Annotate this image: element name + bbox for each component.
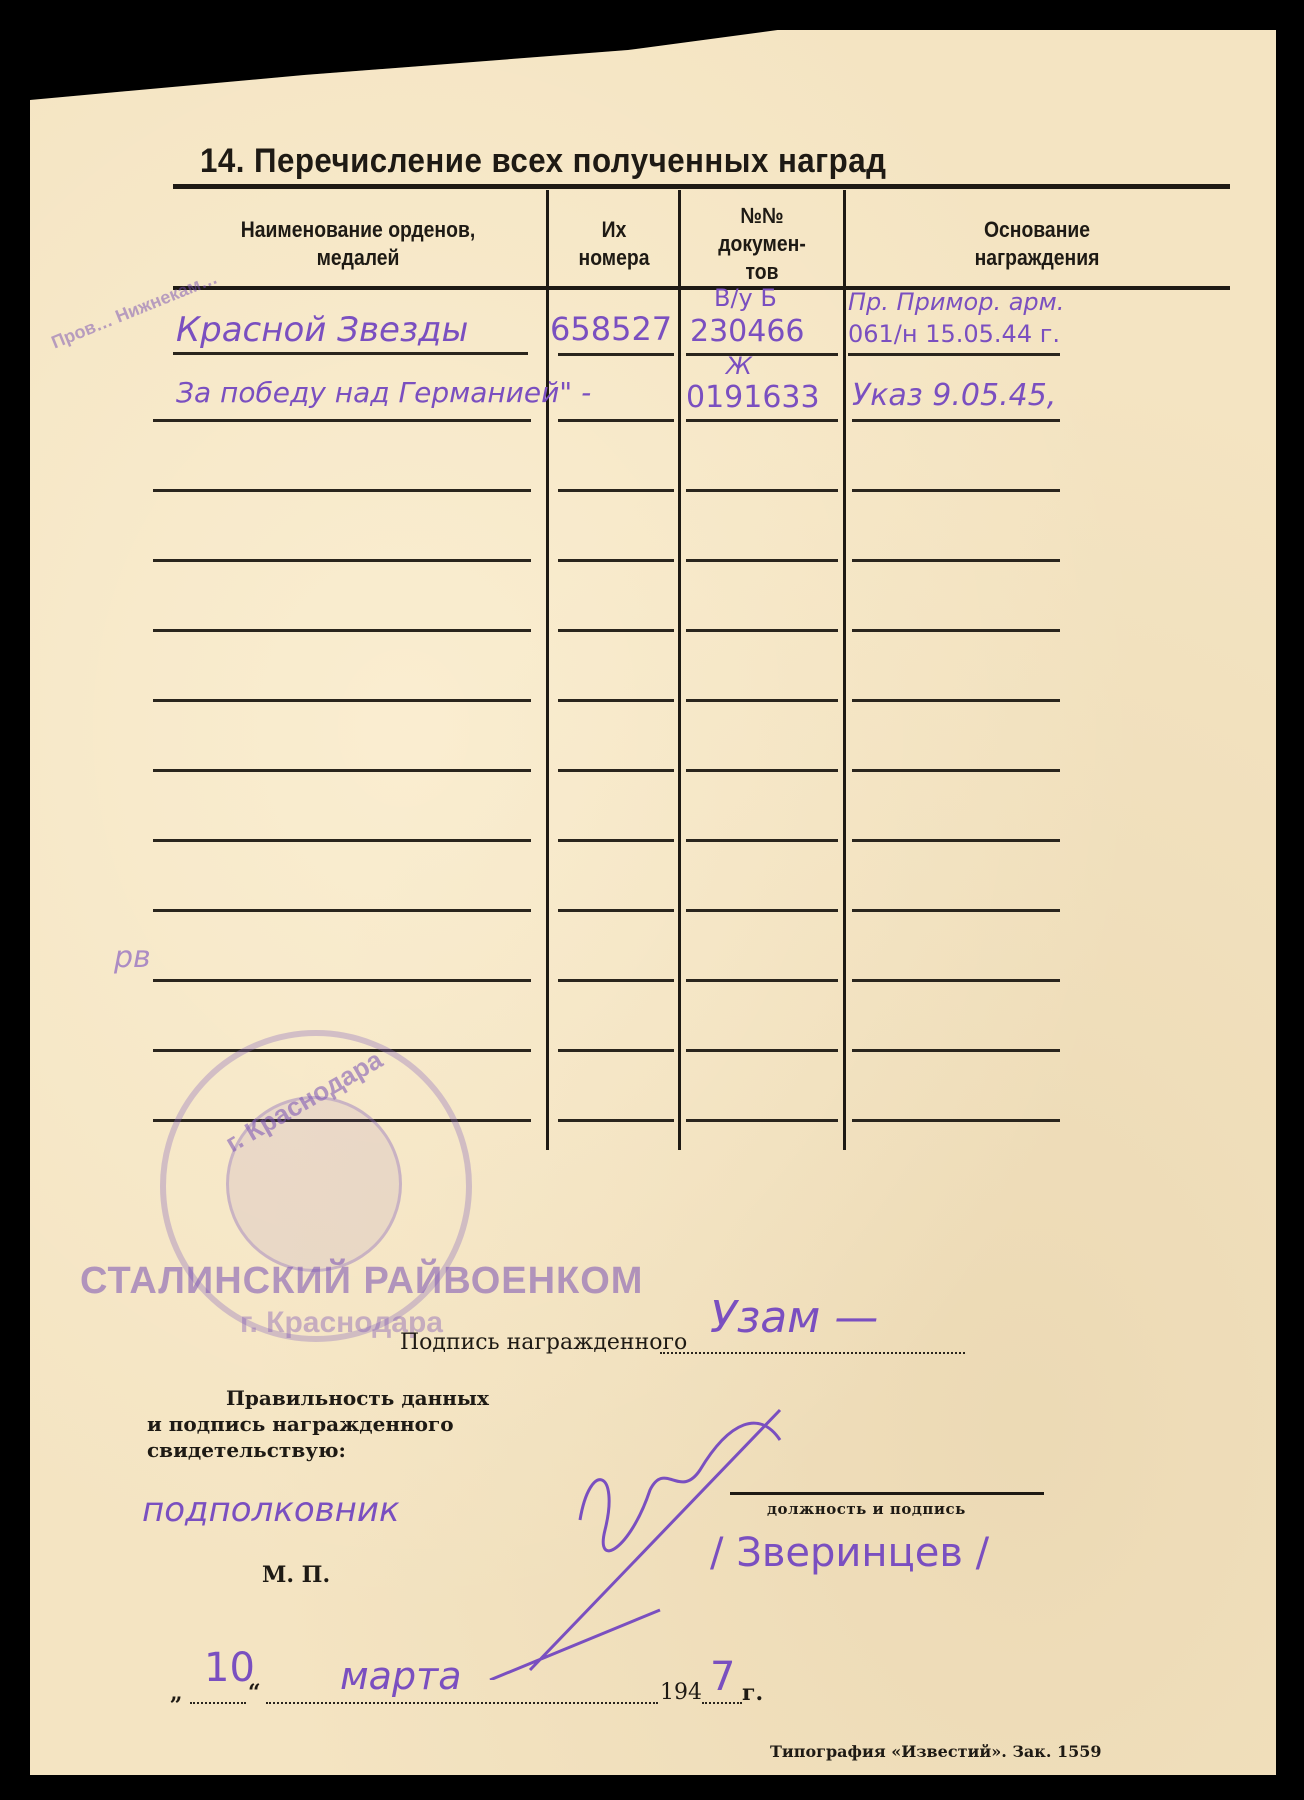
row-rule bbox=[852, 1119, 1060, 1122]
row-rule bbox=[686, 1049, 838, 1052]
header-text: медалей bbox=[195, 244, 521, 272]
row-rule bbox=[153, 699, 531, 702]
date-open-quote: „ bbox=[170, 1680, 183, 1706]
row-rule bbox=[686, 769, 838, 772]
row1-award-name: Красной Звезды bbox=[176, 310, 468, 350]
recipient-signature-line[interactable] bbox=[660, 1352, 965, 1354]
row-rule bbox=[852, 909, 1060, 912]
row-rule bbox=[852, 559, 1060, 562]
header-text: докумен- bbox=[692, 230, 833, 258]
row-rule bbox=[686, 699, 838, 702]
row-rule bbox=[558, 353, 674, 356]
row-rule bbox=[558, 629, 674, 632]
row-rule bbox=[686, 909, 838, 912]
row-rule bbox=[558, 559, 674, 562]
date-year-unit: г. bbox=[742, 1680, 763, 1706]
header-bottom-rule bbox=[173, 286, 1230, 290]
date-day-line[interactable] bbox=[190, 1702, 246, 1704]
row-rule bbox=[153, 489, 531, 492]
row-rule bbox=[153, 909, 531, 912]
date-close-quote: “ bbox=[248, 1680, 261, 1706]
row-rule bbox=[852, 769, 1060, 772]
row-rule bbox=[686, 489, 838, 492]
row-rule bbox=[153, 629, 531, 632]
row-rule bbox=[686, 1119, 838, 1122]
row2-basis-line1: Указ 9.05.45, bbox=[852, 378, 1056, 413]
row1-doc-number: 230466 bbox=[690, 314, 805, 349]
row-rule bbox=[686, 353, 838, 356]
date-month: марта bbox=[340, 1654, 462, 1698]
row2-doc-number: 0191633 bbox=[686, 380, 820, 415]
header-text: тов bbox=[692, 258, 833, 286]
column-divider-3 bbox=[843, 190, 846, 1150]
row-rule bbox=[686, 629, 838, 632]
margin-note: рв bbox=[114, 940, 151, 975]
row-rule bbox=[558, 979, 674, 982]
row-rule bbox=[852, 979, 1060, 982]
row1-award-number: 658527 bbox=[550, 310, 672, 348]
header-award-name: Наименование орденов, медалей bbox=[195, 216, 521, 272]
date-month-line[interactable] bbox=[266, 1702, 658, 1704]
rect-stamp-line1: СТАЛИНСКИЙ РАЙВОЕНКОМ bbox=[80, 1260, 643, 1303]
date-year-prefix: 194 bbox=[660, 1680, 702, 1705]
row-rule bbox=[852, 1049, 1060, 1052]
row-rule bbox=[852, 629, 1060, 632]
row-rule bbox=[852, 419, 1060, 422]
row-rule bbox=[173, 352, 528, 355]
row-rule bbox=[686, 839, 838, 842]
official-rank: подполковник bbox=[142, 1490, 400, 1530]
row-rule bbox=[686, 979, 838, 982]
certify-line2: и подпись награжденного bbox=[147, 1412, 454, 1436]
row-rule bbox=[558, 909, 674, 912]
row-rule bbox=[558, 699, 674, 702]
row-rule bbox=[558, 419, 674, 422]
row-rule bbox=[686, 419, 838, 422]
header-document-numbers: №№ докумен- тов bbox=[692, 202, 833, 286]
header-text: №№ bbox=[692, 202, 833, 230]
printer-imprint: Типография «Известий». Зак. 1559 bbox=[770, 1742, 1102, 1761]
seal-label: М. П. bbox=[262, 1562, 330, 1588]
row-rule bbox=[558, 489, 674, 492]
header-text: награждения bbox=[870, 244, 1204, 272]
row-rule bbox=[852, 489, 1060, 492]
row1-doc-prefix: В/у Б bbox=[714, 284, 777, 312]
row1-basis-line2: 061/н 15.05.44 г. bbox=[848, 320, 1060, 348]
row-rule bbox=[153, 559, 531, 562]
row-rule bbox=[558, 839, 674, 842]
row-rule bbox=[852, 839, 1060, 842]
official-signature-scribble bbox=[430, 1380, 990, 1680]
row-rule bbox=[153, 979, 531, 982]
row1-basis-line1: Пр. Примор. арм. bbox=[848, 288, 1064, 316]
section-title: 14. Перечисление всех полученных наград bbox=[200, 142, 886, 181]
header-numbers: Их номера bbox=[558, 216, 671, 272]
row-rule bbox=[558, 769, 674, 772]
row-rule bbox=[686, 559, 838, 562]
certify-line3: свидетельствую: bbox=[147, 1438, 346, 1462]
recipient-signature-label: Подпись награжденного bbox=[400, 1330, 687, 1355]
recipient-signature: Узам — bbox=[710, 1292, 878, 1343]
row-rule bbox=[153, 839, 531, 842]
row2-award-name: За победу над Германией" - bbox=[176, 376, 591, 409]
column-divider-2 bbox=[678, 190, 681, 1150]
table-top-rule bbox=[173, 184, 1230, 189]
row-rule bbox=[153, 769, 531, 772]
date-year-line[interactable] bbox=[702, 1702, 742, 1704]
header-text: Основание bbox=[870, 216, 1204, 244]
row2-doc-prefix: Ж bbox=[726, 352, 752, 380]
row-rule bbox=[558, 1119, 674, 1122]
header-text: Их bbox=[558, 216, 671, 244]
column-divider-1 bbox=[546, 190, 549, 1150]
row-rule bbox=[848, 353, 1060, 356]
row-rule bbox=[558, 1049, 674, 1052]
header-award-basis: Основание награждения bbox=[870, 216, 1204, 272]
row-rule bbox=[852, 699, 1060, 702]
date-year-suffix: 7 bbox=[710, 1654, 735, 1700]
header-text: номера bbox=[558, 244, 671, 272]
document-page: 14. Перечисление всех полученных наград … bbox=[30, 30, 1276, 1775]
row-rule bbox=[153, 419, 531, 422]
header-text: Наименование орденов, bbox=[195, 216, 521, 244]
